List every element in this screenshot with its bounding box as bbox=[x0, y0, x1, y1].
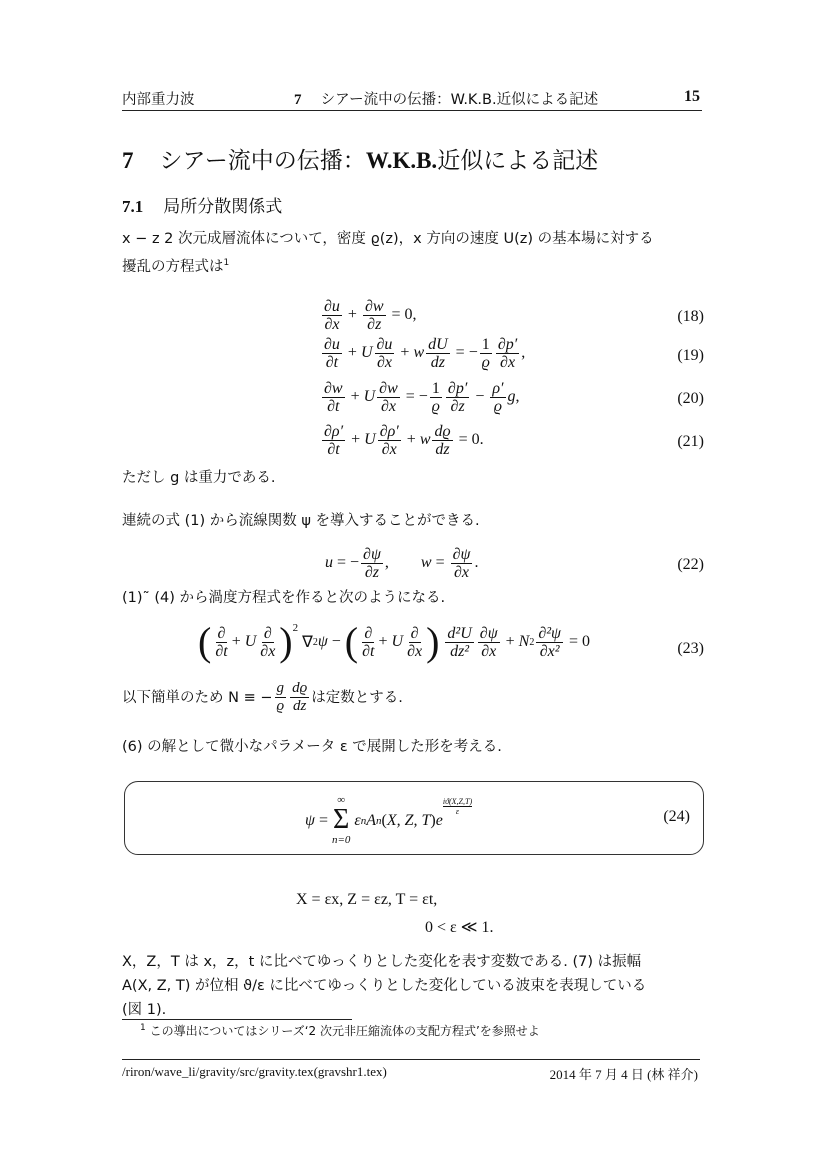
expansion-paragraph: (6) の解として微小なパラメータ ε で展開した形を考える. bbox=[122, 735, 704, 759]
equation-number-23: (23) bbox=[677, 640, 704, 658]
equation-23: (∂∂t + U∂∂x)2 ∇2ψ − (∂∂t + U∂∂x) d²Udz²∂… bbox=[198, 622, 590, 662]
section-title-wkb: W.K.B. bbox=[366, 148, 437, 173]
equation-20: ∂w∂t + U∂w∂x = −1ϱ∂p′∂z − ρ′ϱg, bbox=[320, 380, 520, 415]
continuity-paragraph: 連続の式 (1) から流線関数 ψ を導入することができる. bbox=[122, 509, 704, 533]
section-title-jp: シアー流中の伝播： bbox=[160, 148, 366, 174]
footnote-number: 1 bbox=[140, 1023, 146, 1033]
header-section-title: シアー流中の伝播：W.K.B.近似による記述 bbox=[321, 92, 599, 108]
slow-variables-paragraph: X，Z，T は x，z，t に比べてゆっくりとした変化を表す変数である. (7)… bbox=[122, 950, 704, 1022]
footnote: 1 この導出についてはシリーズ‘2 次元非圧縮流体の支配方程式’を参照せよ bbox=[140, 1022, 540, 1039]
running-header: 内部重力波 7 シアー流中の伝播：W.K.B.近似による記述 15 bbox=[122, 88, 700, 110]
equation-21: ∂ρ′∂t + U∂ρ′∂x + wdϱdz = 0. bbox=[320, 423, 484, 458]
scaling-relations: X = εx, Z = εz, T = εt, bbox=[296, 891, 437, 909]
footnote-text: この導出についてはシリーズ‘2 次元非圧縮流体の支配方程式’を参照せよ bbox=[150, 1024, 540, 1038]
epsilon-range: 0 < ε ≪ 1. bbox=[425, 917, 494, 937]
footer-source-path: /riron/wave_li/gravity/src/gravity.tex(g… bbox=[122, 1064, 387, 1080]
equation-19: ∂u∂t + U∂u∂x + wdUdz = −1ϱ∂p′∂x, bbox=[320, 336, 525, 371]
equation-number-22: (22) bbox=[677, 556, 704, 574]
equation-number-19: (19) bbox=[677, 347, 704, 365]
n-definition: 以下簡単のため N ≡ − gϱdϱdz は定数とする. bbox=[122, 680, 704, 715]
slow-line-1: X，Z，T は x，z，t に比べてゆっくりとした変化を表す変数である. (7)… bbox=[122, 950, 704, 974]
n-definition-post: は定数とする. bbox=[311, 686, 403, 710]
section-title-rest: 近似による記述 bbox=[437, 148, 598, 174]
equation-number-18: (18) bbox=[677, 308, 704, 326]
section-title: 7シアー流中の伝播：W.K.B.近似による記述 bbox=[122, 142, 598, 175]
intro-paragraph: x − z 2 次元成層流体について，密度 ϱ(z)，x 方向の速度 U(z) … bbox=[122, 227, 704, 279]
equation-24: ψ = ∞ Σ n=0 εnAn(X, Z, T)eiϑ(X,Z,T)ε bbox=[305, 795, 472, 846]
equation-number-20: (20) bbox=[677, 390, 704, 408]
header-section-number: 7 bbox=[294, 92, 302, 108]
subsection-number: 7.1 bbox=[122, 197, 143, 216]
header-chapter-title: 内部重力波 bbox=[122, 88, 195, 109]
equation-number-24: (24) bbox=[663, 808, 690, 826]
footer-date-author: 2014 年 7 月 4 日 (林 祥介) bbox=[550, 1064, 698, 1083]
intro-line-2: 擾乱の方程式は bbox=[122, 259, 224, 275]
section-number: 7 bbox=[122, 148, 134, 173]
footer-rule bbox=[122, 1059, 700, 1060]
equation-number-21: (21) bbox=[677, 433, 704, 451]
gravity-note: ただし g は重力である. bbox=[122, 466, 704, 490]
intro-line-1: x − z 2 次元成層流体について，密度 ϱ(z)，x 方向の速度 U(z) … bbox=[122, 227, 704, 251]
subsection-title: 7.1局所分散関係式 bbox=[122, 192, 282, 217]
page-number: 15 bbox=[684, 88, 700, 106]
slow-line-2: A(X, Z, T) が位相 ϑ/ε に比べてゆっくりとした変化している波束を表… bbox=[122, 974, 704, 998]
equation-18: ∂u∂x + ∂w∂z = 0, bbox=[320, 298, 417, 333]
equation-22: u = −∂ψ∂z, w = ∂ψ∂x. bbox=[325, 546, 478, 581]
subsection-label: 局所分散関係式 bbox=[163, 197, 282, 217]
n-definition-pre: 以下簡単のため N ≡ − bbox=[122, 686, 272, 710]
header-section: 7 シアー流中の伝播：W.K.B.近似による記述 bbox=[294, 88, 598, 109]
header-rule bbox=[122, 110, 702, 111]
vorticity-paragraph: (1)˜ (4) から渦度方程式を作ると次のようになる. bbox=[122, 586, 704, 610]
footnote-mark: 1 bbox=[224, 258, 230, 268]
footnote-rule bbox=[122, 1019, 352, 1020]
